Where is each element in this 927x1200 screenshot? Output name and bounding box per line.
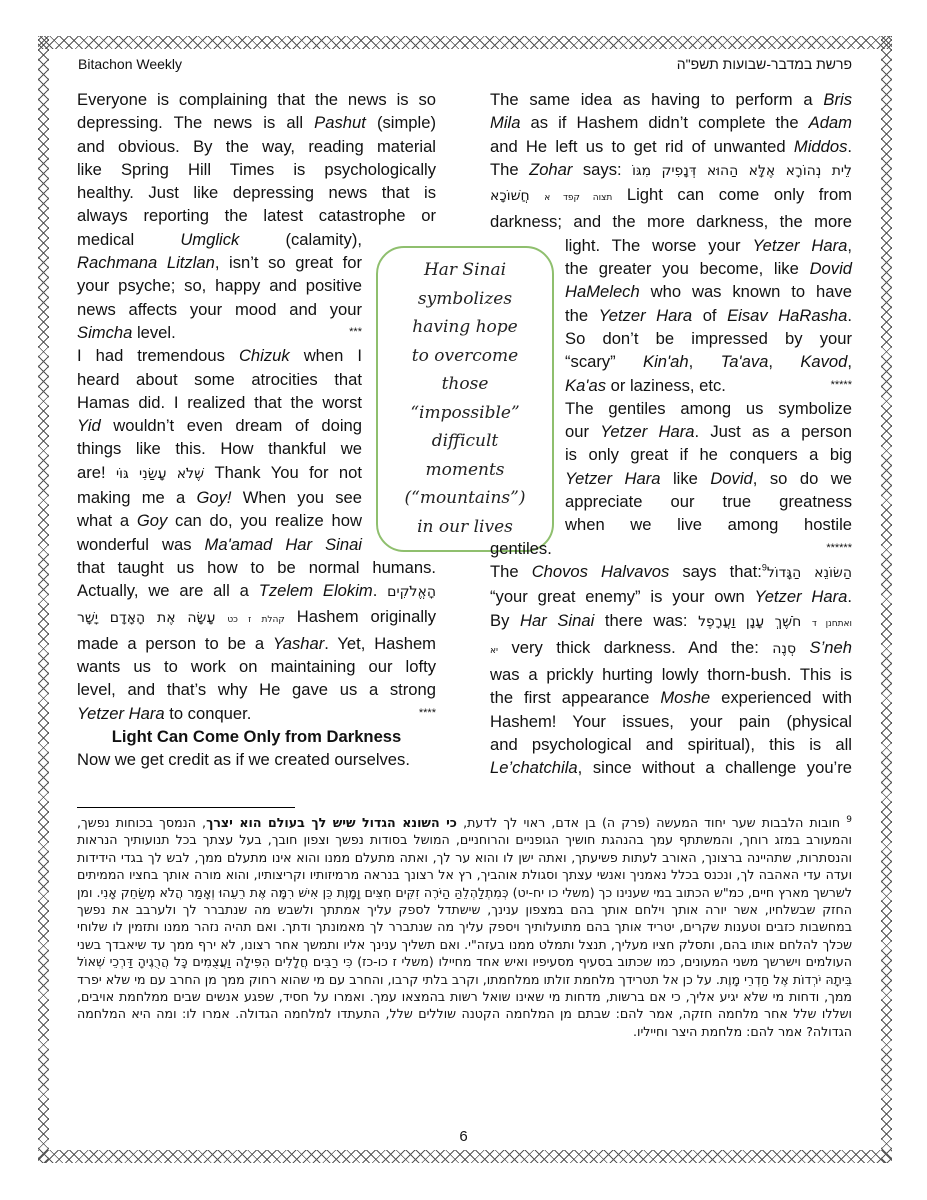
text-line: Now we get credit as if we created ourse… bbox=[77, 748, 436, 771]
text-line: news affects your mood and your bbox=[77, 298, 362, 321]
footnote-separator bbox=[77, 807, 295, 808]
border-left bbox=[38, 36, 49, 1163]
hebrew-quote: הַשּׂוֹנֵא הַגָּדוֹל bbox=[767, 565, 852, 581]
section-separator: **** bbox=[419, 702, 436, 725]
text-line: the first appearance Moshe experienced w… bbox=[490, 686, 852, 709]
border-top bbox=[38, 36, 892, 49]
text-line: things like this. How thankful we bbox=[77, 437, 362, 460]
text-line: appreciate our true greatness bbox=[565, 490, 852, 513]
text-line: Mila as if Hashem didn’t complete the Ad… bbox=[490, 111, 852, 134]
text-line: יא very thick darkness. And the: סְנֶה S… bbox=[490, 636, 852, 663]
text-line: light. The worse your Yetzer Hara, bbox=[565, 234, 852, 257]
text-line: wonderful was Ma'amad Har Sinai bbox=[77, 533, 362, 556]
text-line: Actually, we are all a Tzelem Elokim. הָ… bbox=[77, 579, 436, 604]
page-number: 6 bbox=[0, 1128, 927, 1145]
text-line: The Zohar says: לֵית נְהוֹרָא אֶלָּא הַה… bbox=[490, 158, 852, 183]
right-column: The same idea as having to perform a Bri… bbox=[490, 88, 852, 780]
text-line: and He left us to get rid of unwanted Mi… bbox=[490, 135, 852, 158]
text-line: So don’t be impressed by your bbox=[565, 327, 852, 350]
text-line: תצוה קפד א חֲשׁוֹכָא Light can come only… bbox=[490, 183, 852, 210]
text-line: depressing. The news is all Pashut (simp… bbox=[77, 111, 436, 134]
text-line: By Har Sinai there was: ואתחנן ד חֹשֶׁךְ… bbox=[490, 609, 852, 636]
text-line: the Yetzer Hara of Eisav HaRasha. bbox=[565, 304, 852, 327]
text-line: gentiles.****** bbox=[490, 537, 852, 560]
border-bottom bbox=[38, 1150, 892, 1163]
text-line: The Chovos Halvavos says that:9הַשּׂוֹנֵ… bbox=[490, 560, 852, 585]
text-line: like Spring Hill Times is psychologicall… bbox=[77, 158, 436, 181]
text-line: heard about some atrocities that bbox=[77, 368, 362, 391]
text-line: Yetzer Hara like Dovid, so do we bbox=[565, 467, 852, 490]
text-line: darkness; and the more darkness, the mor… bbox=[490, 210, 852, 233]
text-line: made a person to be a Yashar. Yet, Hashe… bbox=[77, 632, 436, 655]
hebrew-quote: שֶׁלֹא עָשַׂנִי גּוֹי bbox=[116, 466, 204, 482]
text-line: HaMelech who was known to have bbox=[565, 280, 852, 303]
section-separator: ****** bbox=[826, 537, 852, 560]
text-line: Yid wouldn’t even dream of doing bbox=[77, 414, 362, 437]
text-wrap-region: medical Umglick (calamity), Rachmana Lit… bbox=[77, 228, 362, 556]
hebrew-quote: לֵית נְהוֹרָא אֶלָּא הַהוּא דְּנָפִיק מִ… bbox=[632, 163, 852, 179]
text-line: Le’chatchila, since without a challenge … bbox=[490, 756, 852, 779]
hebrew-quote: הָאֱלֹקִים bbox=[387, 584, 436, 600]
text-line: Everyone is complaining that the news is… bbox=[77, 88, 436, 111]
text-line: The gentiles among us symbolize bbox=[565, 397, 852, 420]
hebrew-quote: חֹשֶׁךְ עָנָן וַעֲרָפֶל bbox=[698, 614, 801, 630]
hebrew-quote: חֲשׁוֹכָא bbox=[490, 188, 530, 204]
text-line: our Yetzer Hara. Just as a person bbox=[565, 420, 852, 443]
text-line: “scary” Kin'ah, Ta'ava, Kavod, bbox=[565, 350, 852, 373]
footnote-9: 9 חובות הלבבות שער יחוד המעשה (פרק ה) בן… bbox=[77, 814, 852, 1040]
text-line: Hamas did. I realized that the worst bbox=[77, 391, 362, 414]
text-line: and obvious. By the way, reading materia… bbox=[77, 135, 436, 158]
section-separator: ***** bbox=[831, 374, 852, 397]
text-line: making me a Goy! When you see bbox=[77, 486, 362, 509]
parsha-title: פרשת במדבר-שבועות תשפ"ה bbox=[677, 56, 852, 72]
page-header: Bitachon Weekly פרשת במדבר-שבועות תשפ"ה bbox=[78, 56, 852, 76]
text-line: your psyche; so, happy and positive bbox=[77, 274, 362, 297]
border-right bbox=[881, 36, 892, 1163]
text-line: are! שֶׁלֹא עָשַׂנִי גּוֹי Thank You for… bbox=[77, 461, 362, 486]
text-line: Simcha level.*** bbox=[77, 321, 362, 344]
text-line: always reporting the latest catastrophe … bbox=[77, 204, 436, 227]
source-citation: קהלת ז כט bbox=[227, 615, 284, 625]
section-heading: Light Can Come Only from Darkness bbox=[77, 725, 436, 748]
text-line: what a Goy can do, you realize how bbox=[77, 509, 362, 532]
text-line: when we live among hostile bbox=[565, 513, 852, 536]
text-line: was a prickly hurting lowly thorn-bush. … bbox=[490, 663, 852, 686]
text-line: and psychological and spiritual), this i… bbox=[490, 733, 852, 756]
section-separator: *** bbox=[349, 321, 362, 344]
source-citation: ואתחנן ד bbox=[812, 619, 852, 629]
text-line: The same idea as having to perform a Bri… bbox=[490, 88, 852, 111]
hebrew-quote: סְנֶה bbox=[772, 641, 796, 657]
text-wrap-region: light. The worse your Yetzer Hara, the g… bbox=[565, 234, 852, 537]
text-line: that taught us how to be normal humans. bbox=[77, 556, 436, 579]
text-line: קהלת ז כט עָשָׂה אֶת הָאָדָם יָשָׁר Hash… bbox=[77, 605, 436, 632]
text-line: “your great enemy” is your own Yetzer Ha… bbox=[490, 585, 852, 608]
source-citation: יא bbox=[490, 646, 498, 656]
footnote-number: 9 bbox=[846, 815, 852, 825]
text-line: Ka'as or laziness, etc.***** bbox=[565, 374, 852, 397]
text-line: Hashem! Your issues, your pain (physical bbox=[490, 710, 852, 733]
text-line: medical Umglick (calamity), bbox=[77, 228, 362, 251]
source-citation: תצוה קפד א bbox=[544, 193, 612, 203]
text-line: Rachmana Litzlan, isn’t so great for bbox=[77, 251, 362, 274]
text-line: the greater you become, like Dovid bbox=[565, 257, 852, 280]
text-line: I had tremendous Chizuk when I bbox=[77, 344, 362, 367]
publication-title: Bitachon Weekly bbox=[78, 56, 182, 72]
text-line: Yetzer Hara to conquer.**** bbox=[77, 702, 436, 725]
text-line: healthy. Just like depressing news that … bbox=[77, 181, 436, 204]
text-line: wants us to work on maintaining our loft… bbox=[77, 655, 436, 678]
text-line: is only great if he conquers a big bbox=[565, 443, 852, 466]
hebrew-quote: עָשָׂה אֶת הָאָדָם יָשָׁר bbox=[77, 610, 215, 626]
text-line: level, and that’s why He gave us a stron… bbox=[77, 678, 436, 701]
